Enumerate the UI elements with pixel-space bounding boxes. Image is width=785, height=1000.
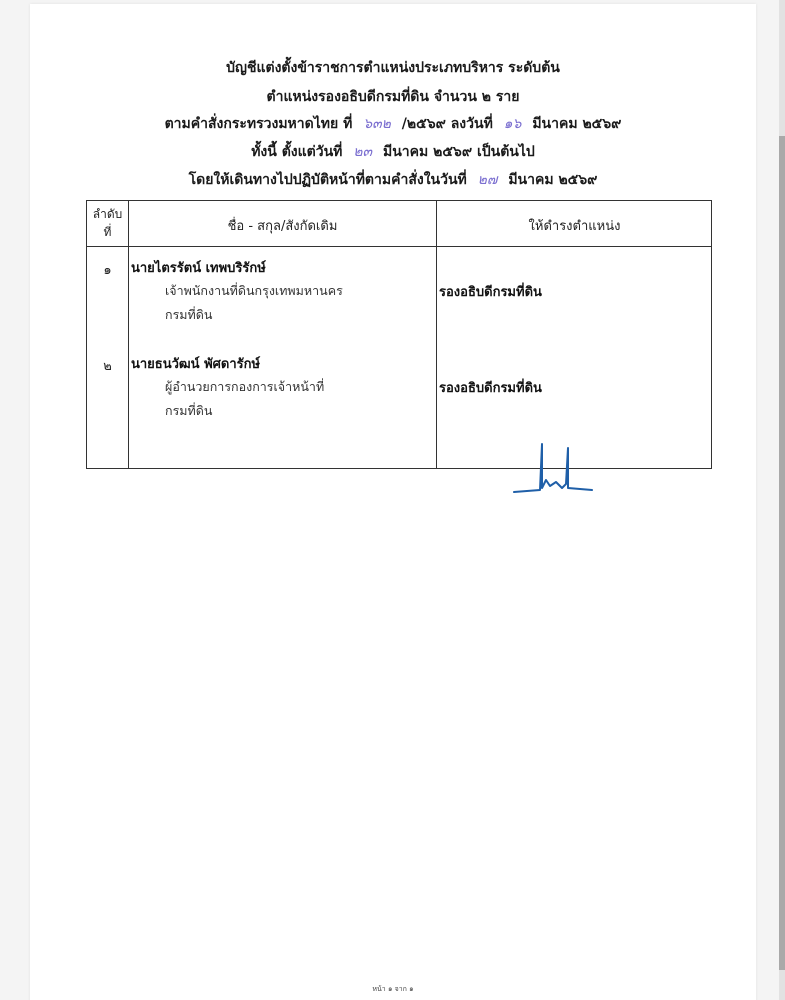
page-number: หน้า ๑ จาก ๑ [30, 984, 756, 995]
column-divider [436, 201, 437, 468]
handwritten-order-day: ๑๖ [498, 116, 528, 132]
header-position: ให้ดำรงตำแหน่ง [437, 215, 712, 236]
header-seq-line-1: ลำดับ [87, 205, 128, 223]
row-new-position: รองอธิบดีกรมที่ดิน [439, 281, 542, 302]
document-viewer: บัญชีแต่งตั้งข้าราชการตำแหน่งประเภทบริหา… [0, 0, 785, 1000]
travel-line: โดยให้เดินทางไปปฏิบัติหน้าที่ตามคำสั่งใน… [30, 169, 756, 191]
handwritten-travel-day: ๒๗ [472, 172, 504, 188]
handwritten-effective-day: ๒๓ [347, 144, 378, 160]
row-seq: ๒ [87, 355, 128, 376]
document-page: บัญชีแต่งตั้งข้าราชการตำแหน่งประเภทบริหา… [30, 4, 756, 1000]
appointment-table: ลำดับ ที่ ชื่อ - สกุล/สังกัดเดิม ให้ดำรง… [86, 200, 712, 469]
row-new-position: รองอธิบดีกรมที่ดิน [439, 377, 542, 398]
row-former-department: กรมที่ดิน [165, 401, 212, 421]
title-line-1: บัญชีแต่งตั้งข้าราชการตำแหน่งประเภทบริหา… [30, 57, 756, 79]
order-month-year: มีนาคม ๒๕๖๙ [532, 116, 621, 132]
effective-prefix: ทั้งนี้ ตั้งแต่วันที่ [251, 144, 342, 160]
order-line: ตามคำสั่งกระทรวงมหาดไทย ที่ ๖๓๒ /๒๕๖๙ ลง… [30, 113, 756, 135]
row-seq: ๑ [87, 259, 128, 280]
handwritten-order-number: ๖๓๒ [357, 116, 397, 132]
row-name: นายธนวัฒน์ พัศดารักษ์ [131, 353, 260, 374]
row-former-department: กรมที่ดิน [165, 305, 212, 325]
effective-suffix: มีนาคม ๒๕๖๙ เป็นต้นไป [383, 144, 535, 160]
signature-icon [512, 440, 602, 500]
order-prefix: ตามคำสั่งกระทรวงมหาดไทย ที่ [165, 116, 353, 132]
row-former-position: เจ้าพนักงานที่ดินกรุงเทพมหานคร [165, 281, 343, 301]
header-seq: ลำดับ ที่ [87, 205, 128, 241]
travel-suffix: มีนาคม ๒๕๖๙ [508, 172, 597, 188]
header-divider [87, 246, 711, 247]
effective-line: ทั้งนี้ ตั้งแต่วันที่ ๒๓ มีนาคม ๒๕๖๙ เป็… [30, 141, 756, 163]
row-name: นายไตรรัตน์ เทพบริรักษ์ [131, 257, 266, 278]
vertical-scrollbar[interactable] [779, 0, 785, 1000]
header-name: ชื่อ - สกุล/สังกัดเดิม [129, 215, 436, 236]
order-year: /๒๕๖๙ ลงวันที่ [402, 116, 493, 132]
column-divider [128, 201, 129, 468]
travel-prefix: โดยให้เดินทางไปปฏิบัติหน้าที่ตามคำสั่งใน… [189, 172, 467, 188]
header-seq-line-2: ที่ [87, 223, 128, 241]
scrollbar-thumb[interactable] [779, 136, 785, 970]
row-former-position: ผู้อำนวยการกองการเจ้าหน้าที่ [165, 377, 324, 397]
title-line-2: ตำแหน่งรองอธิบดีกรมที่ดิน จำนวน ๒ ราย [30, 86, 756, 108]
